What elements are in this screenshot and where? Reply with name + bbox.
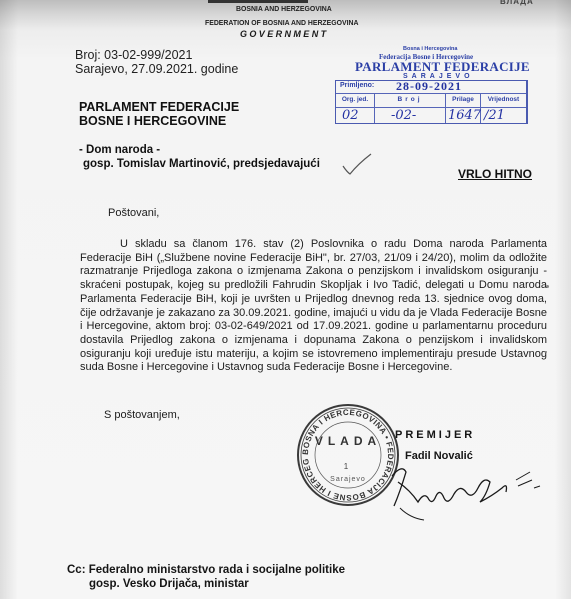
recipient-line-1: PARLAMENT FEDERACIJE	[79, 100, 239, 114]
letterhead-cyrillic-partial: ВЛАДА	[500, 0, 534, 6]
svg-text:1: 1	[344, 462, 349, 471]
closing: S poštovanjem,	[104, 409, 180, 421]
stamp-values-row: 02 -02- 1647 /21	[336, 108, 526, 123]
stamp-value-unit: 02	[342, 108, 359, 123]
scan-speck	[546, 285, 549, 288]
signer-title: PREMIJER	[395, 429, 475, 441]
stamp-received-row: Primljeno: 28-09-2021	[336, 81, 526, 94]
cc-line-2: gosp. Vesko Drijača, ministar	[67, 577, 345, 591]
recipient-house: - Dom naroda -	[79, 143, 160, 157]
letterhead-federation: FEDERATION OF BOSNIA AND HERZEGOVINA	[205, 18, 358, 27]
stamp-header-row: Org. jed. Broj Prilage Vrijednost	[336, 94, 526, 108]
checkmark-icon	[340, 150, 374, 178]
stamp-value-number: -02-	[391, 108, 416, 123]
cc-line-1: Cc: Federalno ministarstvo rada i socija…	[67, 563, 345, 577]
stamp-country: Bosna i Hercegovina	[403, 46, 457, 52]
document-number: Broj: 03-02-999/2021	[75, 48, 192, 62]
svg-text:Sarajevo: Sarajevo	[330, 476, 366, 483]
recipient-addressee: gosp. Tomislav Martinović, predsjedavaju…	[83, 157, 320, 171]
cc-block: Cc: Federalno ministarstvo rada i socija…	[67, 563, 345, 591]
stamp-received-label: Primljeno:	[340, 82, 374, 89]
signer-name: Fadil Novalić	[405, 450, 473, 462]
stamp-col-number: Broj	[375, 94, 446, 107]
stamp-col-value: Vrijednost	[481, 94, 526, 107]
stamp-col-unit: Org. jed.	[336, 94, 375, 107]
letter-body: U skladu sa članom 176. stav (2) Poslovn…	[80, 238, 547, 375]
body-paragraph: U skladu sa članom 176. stav (2) Poslovn…	[80, 238, 547, 375]
stamp-col-attachment: Prilage	[446, 94, 481, 107]
recipient-line-2: BOSNE I HERCEGOVINE	[79, 114, 226, 128]
received-stamp: Bosna i Hercegovina Federacija Bosne i H…	[333, 46, 563, 124]
letterhead-country: BOSNIA AND HERZEGOVINA	[236, 4, 332, 13]
stamp-received-date: 28-09-2021	[396, 79, 462, 94]
stamp-value-attachment: 1647	[448, 108, 481, 123]
handwritten-signature	[380, 462, 560, 522]
letterhead-government: GOVERNMENT	[240, 29, 329, 39]
stamp-registry-box: Primljeno: 28-09-2021 Org. jed. Broj Pri…	[335, 80, 528, 124]
salutation: Poštovani,	[108, 207, 159, 219]
scan-speck	[545, 351, 547, 353]
svg-text:VLADA: VLADA	[315, 434, 381, 448]
stamp-value-value: /21	[484, 108, 505, 123]
urgency-label: VRLO HITNO	[458, 167, 532, 181]
document-place-date: Sarajevo, 27.09.2021. godine	[75, 62, 238, 76]
letterhead-rule	[208, 0, 308, 3]
